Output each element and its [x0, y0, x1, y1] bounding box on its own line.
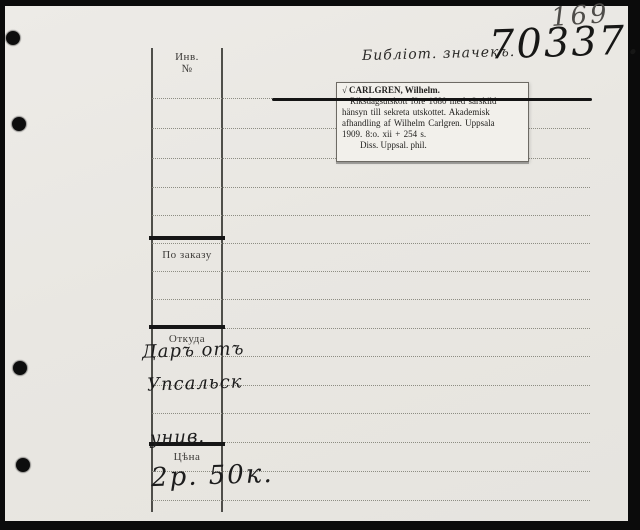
section-separator [149, 325, 225, 329]
slip-body-line: hänsyn till sekreta utskottet. Akademisk [342, 107, 524, 118]
ruled-line [152, 215, 590, 216]
inventory-label-numero: № [152, 63, 222, 75]
ruled-line [152, 500, 590, 501]
slip-body-line: 1909. 8:o. xii + 254 s. [342, 129, 524, 140]
punch-hole [12, 117, 26, 131]
order-label: По заказу [152, 249, 222, 261]
punch-hole [16, 458, 30, 472]
slip-body-line: afhandling af Wilhelm Carlgren. Uppsala [342, 118, 524, 129]
inventory-label-word: Инв. [152, 51, 222, 63]
scanned-catalog-card: Инв. № По заказу Откуда Цѣна 169 Библіот… [0, 0, 640, 530]
handwritten-price: 2р. 50к. [151, 459, 275, 493]
punch-hole [6, 31, 20, 45]
handwritten-origin-line: Даръ отъ [142, 338, 245, 363]
card-paper [5, 6, 628, 521]
slip-author: CARLGREN, Wilhelm. [349, 85, 440, 95]
punch-hole [13, 361, 27, 375]
ruled-line [152, 271, 590, 272]
inventory-number-label: Инв. № [152, 51, 222, 75]
ruled-line [152, 299, 590, 300]
handwritten-origin-line: унив. [150, 426, 206, 449]
slip-dissertation-note: Diss. Uppsal. phil. [342, 140, 524, 151]
pasted-catalog-slip: √CARLGREN, Wilhelm. Riksdagsutskott före… [336, 82, 529, 162]
checkmark-icon: √ [342, 85, 347, 95]
slip-author-line: √CARLGREN, Wilhelm. [342, 85, 524, 96]
ruled-line [152, 243, 590, 244]
section-separator [149, 236, 225, 240]
handwritten-origin-line: Упсальск [147, 371, 243, 395]
strikethrough-line [272, 98, 592, 101]
ruled-line [152, 413, 590, 414]
handwritten-accession-number: 70337. [488, 17, 640, 68]
ruled-line [152, 187, 590, 188]
